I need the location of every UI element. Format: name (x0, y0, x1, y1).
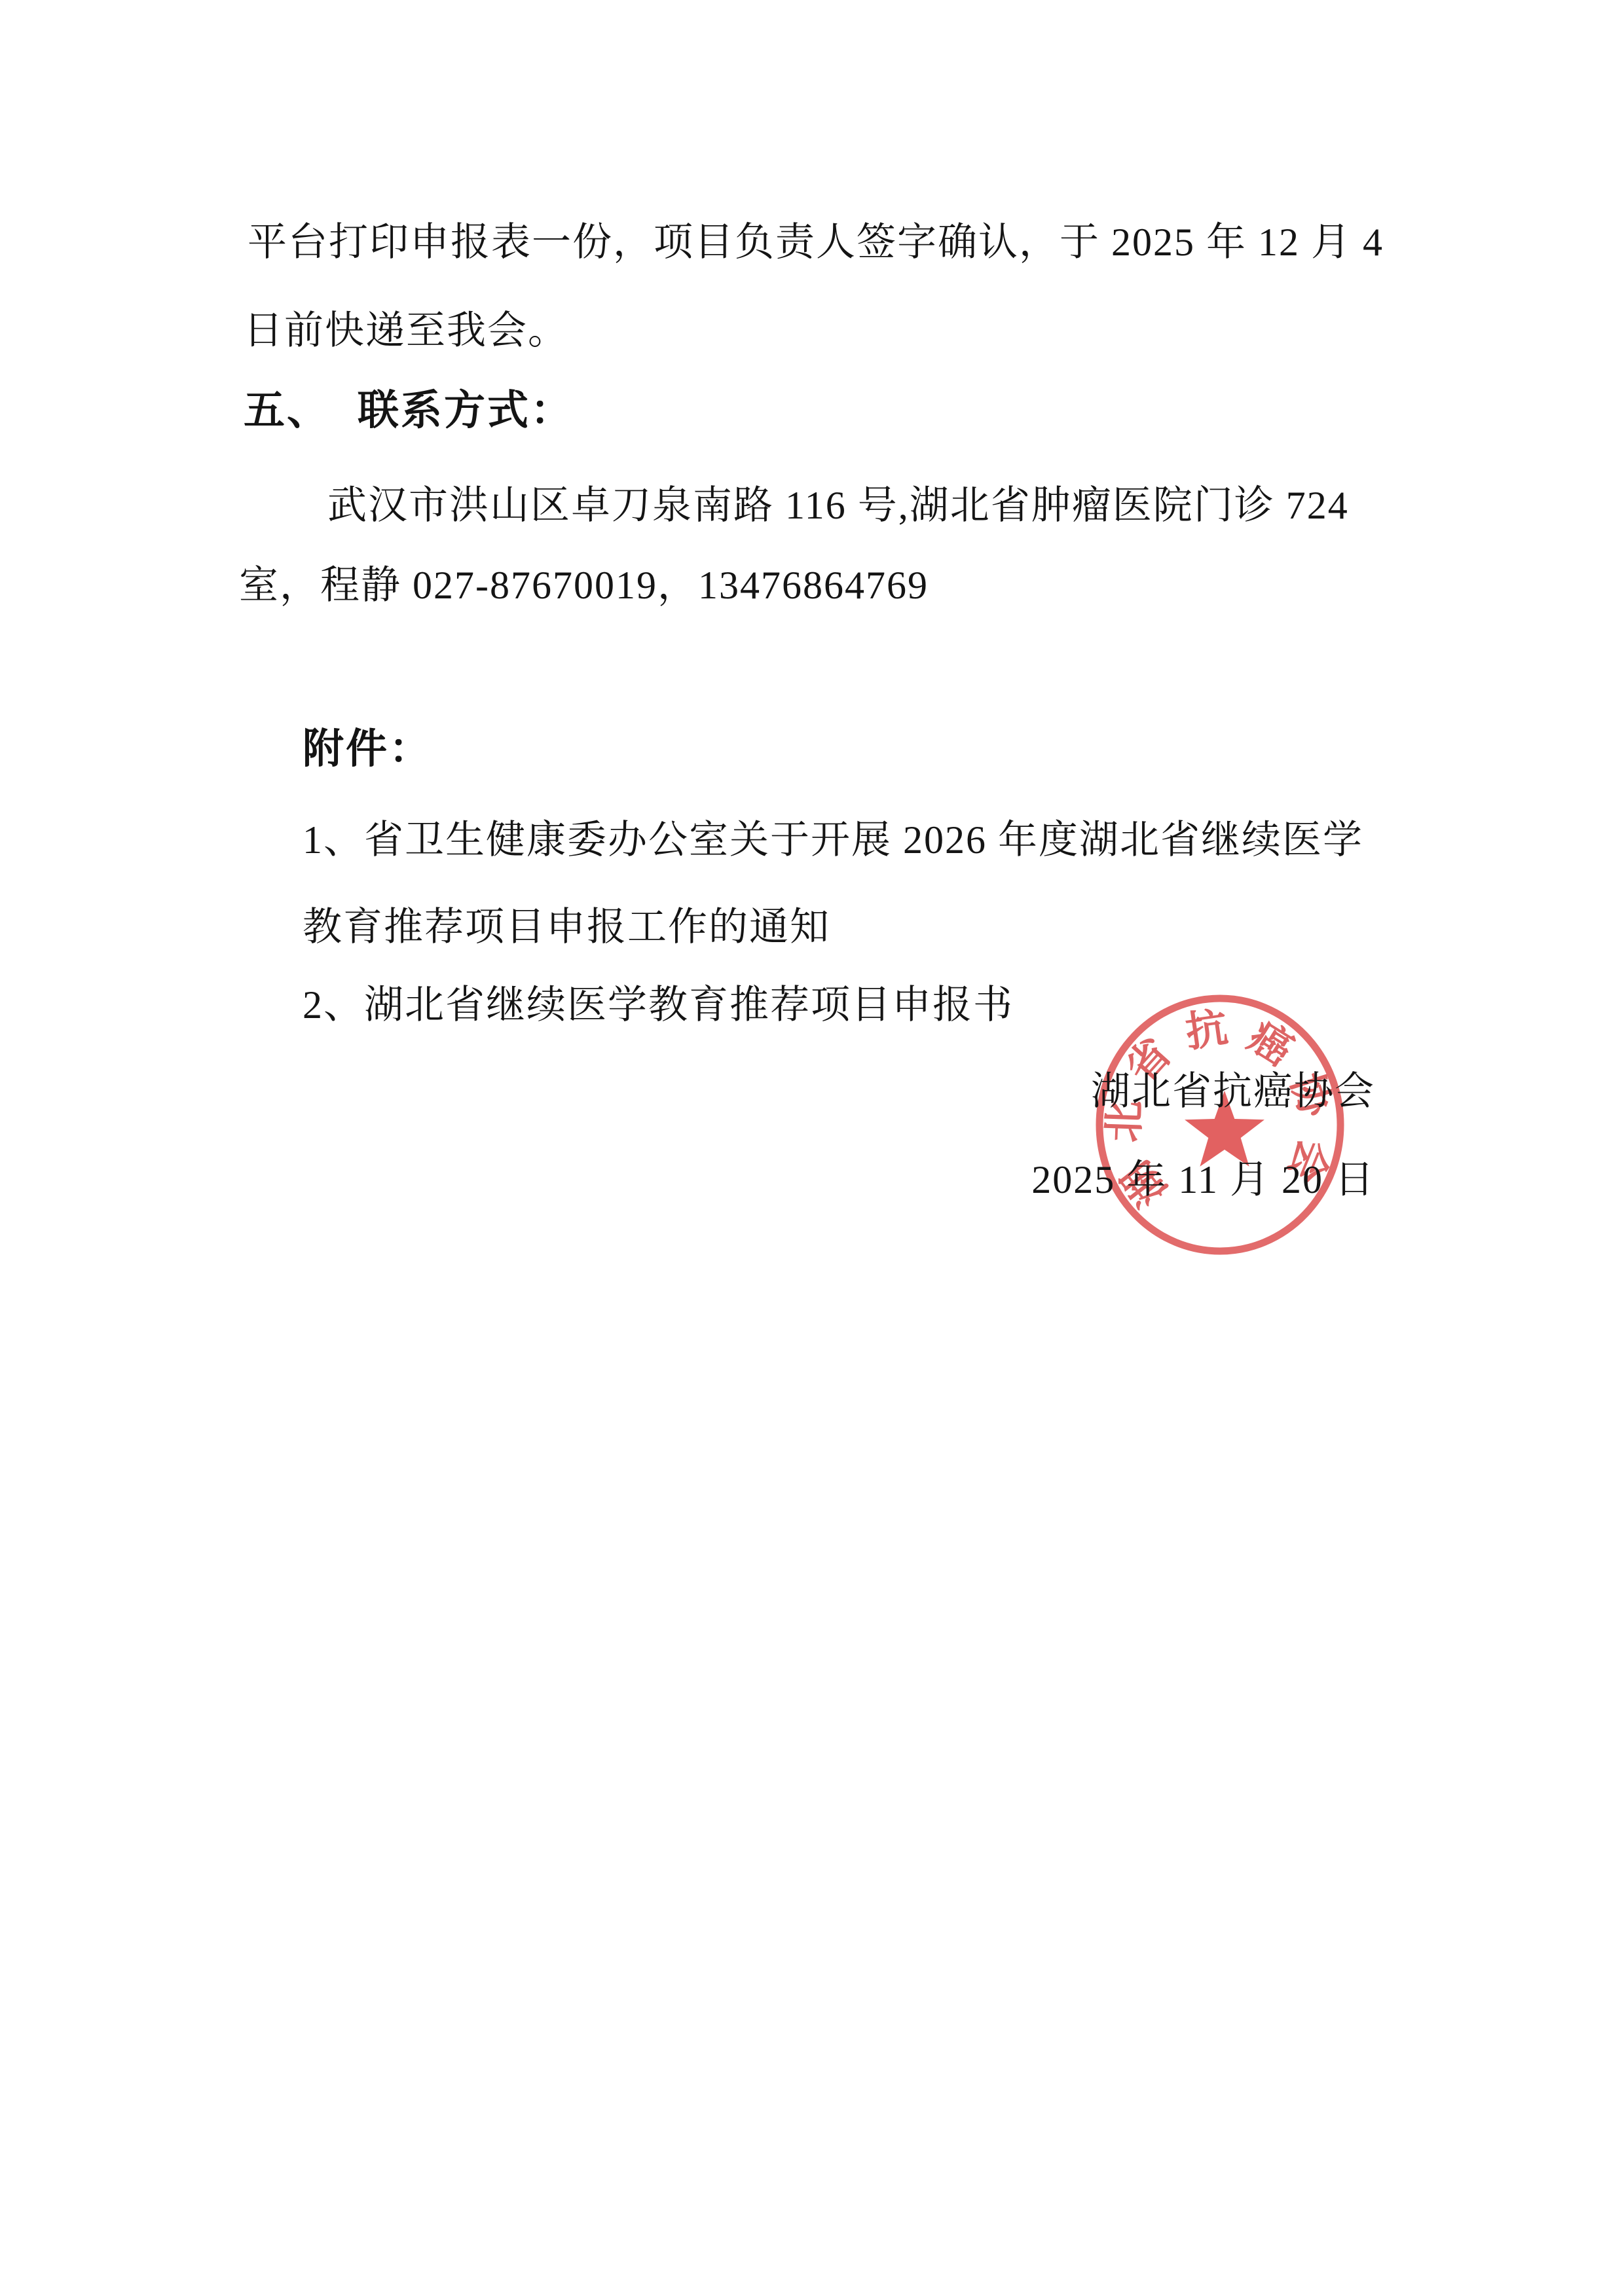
paragraph-line-2: 日前快递至我会。 (244, 310, 568, 352)
contact-line-1: 武汉市洪山区卓刀泉南路 116 号,湖北省肿瘤医院门诊 724 (327, 484, 1349, 526)
signature-organization: 湖北省抗癌协会 (1091, 1070, 1375, 1112)
section-heading: 五、联系方式： (244, 390, 574, 431)
attachment-2: 2、湖北省继续医学教育推荐项目申报书 (303, 984, 1014, 1026)
attachment-1-line-2: 教育推荐项目申报工作的通知 (303, 906, 830, 948)
signature-date: 2025 年 11 月 20 日 (1031, 1159, 1375, 1201)
seal-char-4: 抗 (1183, 1004, 1230, 1056)
attachments-heading: 附件： (303, 728, 432, 770)
seal-graphic: 湖 北 省 抗 癌 协 会 (1088, 992, 1352, 1260)
document-page: 平台打印申报表一份，项目负责人签字确认，于 2025 年 12 月 4 日前快递… (0, 0, 1624, 2296)
official-seal-stamp: 湖 北 省 抗 癌 协 会 (1088, 992, 1352, 1260)
section-title: 联系方式： (358, 390, 574, 431)
section-number: 五、 (244, 388, 330, 433)
contact-line-2: 室，程静 027-87670019，13476864769 (239, 564, 929, 606)
paragraph-line-1: 平台打印申报表一份，项目负责人签字确认，于 2025 年 12 月 4 (248, 221, 1384, 263)
attachment-1-line-1: 1、省卫生健康委办公室关于开展 2026 年度湖北省继续医学 (303, 819, 1363, 861)
